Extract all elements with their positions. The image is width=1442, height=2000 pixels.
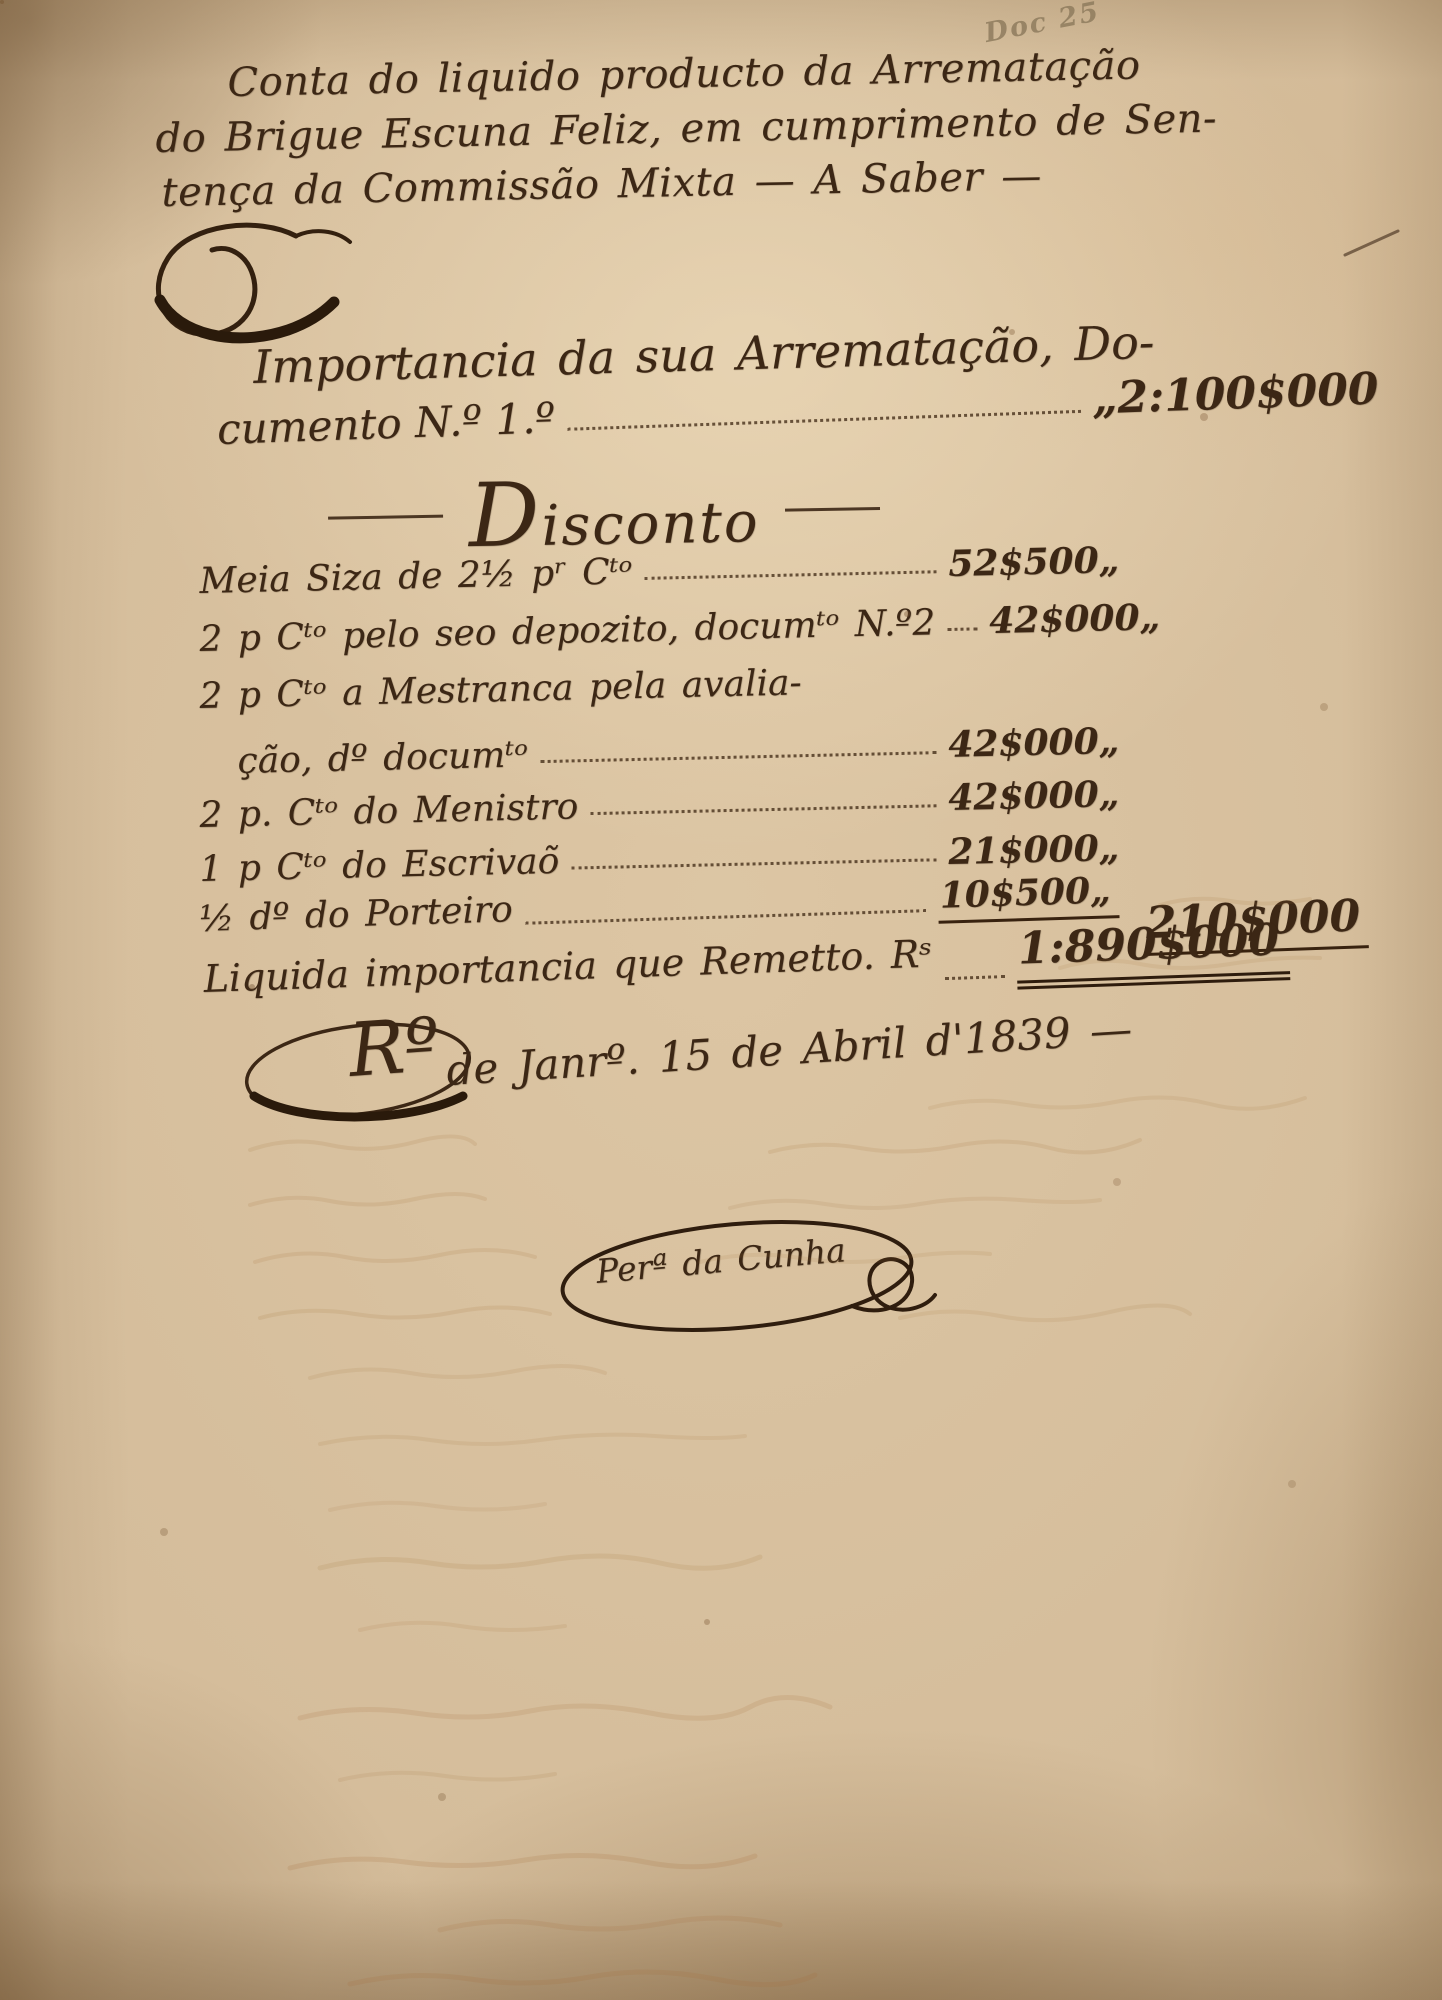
dotted-leader	[525, 907, 926, 925]
net-total-amount: 1:890$000	[1015, 914, 1290, 989]
item-amount: 10$500„	[937, 869, 1119, 924]
dotted-leader	[540, 749, 936, 763]
signature-name: Perª da Cunha	[595, 1230, 848, 1291]
dotted-leader	[947, 625, 977, 631]
date-initial: Rº	[346, 1002, 442, 1094]
calligraphic-initial-flourish	[138, 222, 368, 352]
dotted-leader	[571, 856, 936, 869]
item-amount: 52$500„	[948, 539, 1120, 585]
heading-dash-right	[785, 507, 880, 512]
paper-foxing-specks	[0, 0, 4, 4]
principal-amount: „2:100$000	[1091, 363, 1379, 424]
manuscript-page: Doc 25 Conta do liquido producto da Arre…	[0, 0, 1442, 2000]
item-amount: 42$000„	[948, 720, 1120, 766]
item-label: ½ dº do Porteiro	[198, 889, 513, 940]
dotted-leader	[644, 568, 936, 580]
header-line-1: Conta do liquido producto da Arrematação	[227, 42, 1141, 106]
item-label: 2 p Cᵗᵒ a Mestranca pela avalia-	[199, 662, 802, 717]
pencil-archive-note: Doc 25	[982, 0, 1103, 49]
line-item: ção, dº documᵗᵒ 42$000„	[237, 720, 1120, 782]
principal-label: cumento N.º 1.º	[216, 393, 556, 454]
header-line-2: do Brigue Escuna Feliz, em cumprimento d…	[155, 96, 1217, 162]
item-amount: 21$000„	[948, 827, 1120, 873]
item-amount: 42$000„	[948, 773, 1120, 819]
item-label: 1 p Cᵗᵒ do Escrivaõ	[199, 841, 560, 890]
dotted-leader	[567, 408, 1080, 431]
line-item: 2 p. Cᵗᵒ do Menistro 42$000„	[199, 773, 1120, 836]
item-label: 2 p. Cᵗᵒ do Menistro	[199, 786, 579, 836]
line-item: 2 p Cᵗᵒ a Mestranca pela avalia-	[199, 655, 1120, 717]
dotted-leader	[945, 973, 1005, 980]
item-label: ção, dº documᵗᵒ	[237, 734, 528, 782]
header-line-3: tença da Commissão Mixta — A Saber —	[161, 153, 1042, 216]
line-item: 2 p Cᵗᵒ pelo seo depozito, documᵗᵒ N.º2 …	[199, 597, 1120, 660]
item-amount: 42$000„	[989, 596, 1161, 642]
date-text: de Janrº. 15 de Abril d'1839 —	[445, 1004, 1133, 1095]
dotted-leader	[590, 802, 936, 815]
item-label: Meia Siza de 2½ pʳ Cᵗᵒ	[199, 551, 633, 602]
item-label: 2 p Cᵗᵒ pelo seo depozito, documᵗᵒ N.º2	[199, 602, 936, 660]
heading-dash-left	[328, 515, 443, 520]
